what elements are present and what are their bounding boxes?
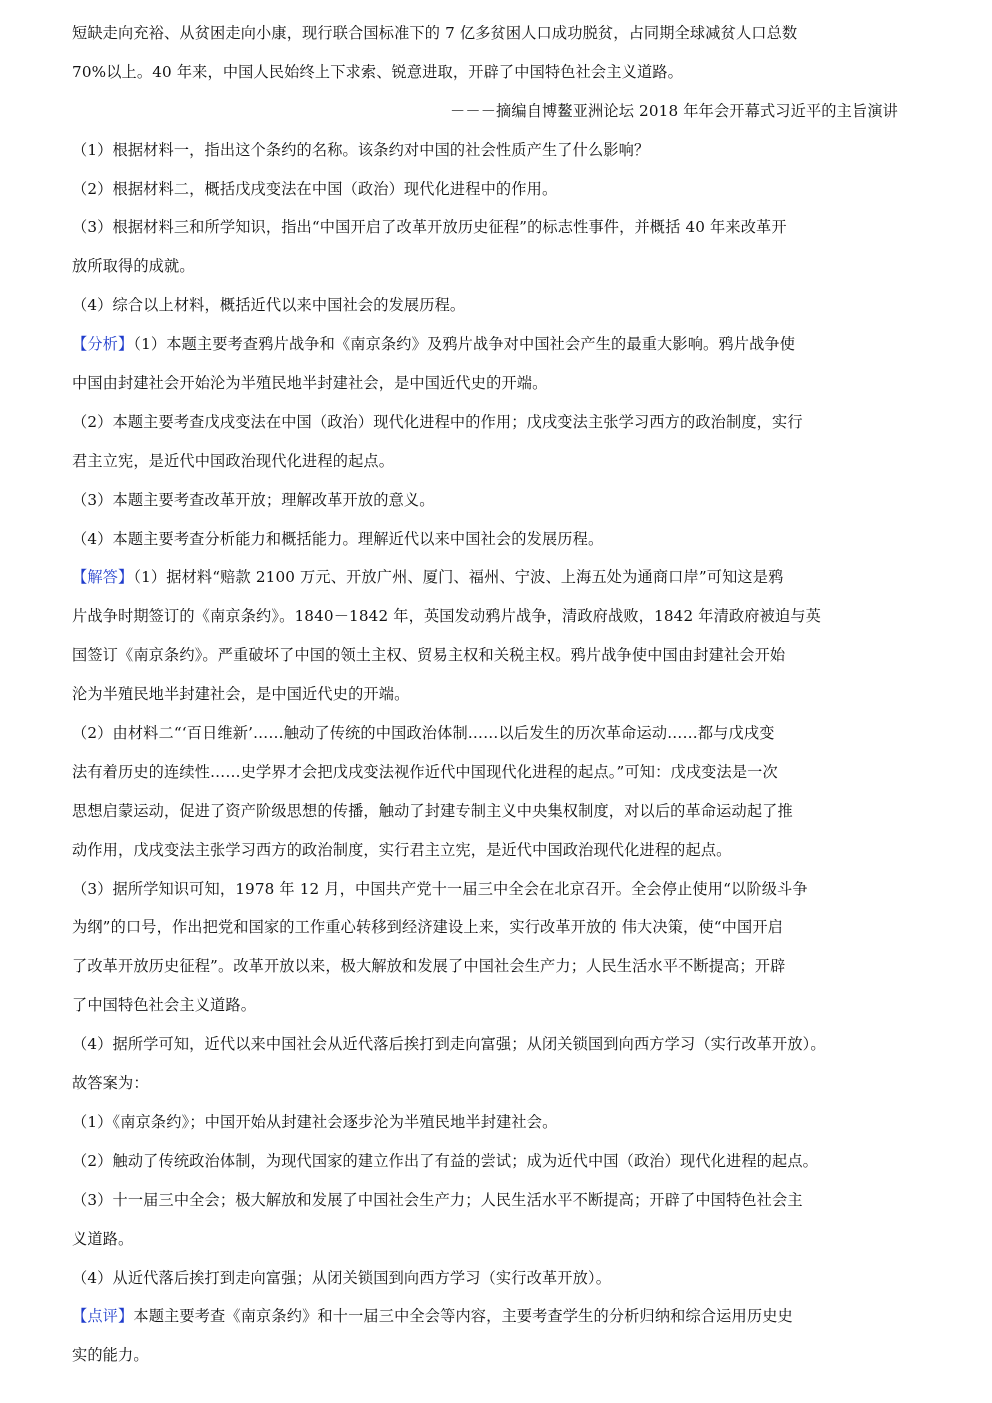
conclusion-intro: 故答案为： <box>72 1064 898 1103</box>
document-page: 短缺走向充裕、从贫困走向小康，现行联合国标准下的 7 亿多贫困人口成功脱贫，占同… <box>72 14 898 1375</box>
final-answer-3-cont: 义道路。 <box>72 1220 898 1259</box>
comment: 【点评】本题主要考查《南京条约》和十一届三中全会等内容，主要考查学生的分析归纳和… <box>72 1297 898 1336</box>
question-1: （1）根据材料一，指出这个条约的名称。该条约对中国的社会性质产生了什么影响？ <box>72 131 898 170</box>
final-answer-1: （1）《南京条约》；中国开始从封建社会逐步沦为半殖民地半封建社会。 <box>72 1103 898 1142</box>
material-line: 70%以上。40 年来，中国人民始终上下求索、锐意进取，开辟了中国特色社会主义道… <box>72 53 898 92</box>
analysis-1: 【分析】（1）本题主要考查鸦片战争和《南京条约》及鸦片战争对中国社会产生的最重大… <box>72 325 898 364</box>
material-line: 短缺走向充裕、从贫困走向小康，现行联合国标准下的 7 亿多贫困人口成功脱贫，占同… <box>72 14 898 53</box>
answer-label: 【解答】 <box>72 568 133 586</box>
question-4: （4）综合以上材料，概括近代以来中国社会的发展历程。 <box>72 286 898 325</box>
analysis-2: （2）本题主要考查戊戌变法在中国（政治）现代化进程中的作用；戊戌变法主张学习西方… <box>72 403 898 442</box>
answer-2-cont: 思想启蒙运动，促进了资产阶级思想的传播，触动了封建专制主义中央集权制度，对以后的… <box>72 792 898 831</box>
analysis-4: （4）本题主要考查分析能力和概括能力。理解近代以来中国社会的发展历程。 <box>72 520 898 559</box>
final-answer-2: （2）触动了传统政治体制，为现代国家的建立作出了有益的尝试；成为近代中国（政治）… <box>72 1142 898 1181</box>
source-citation: －－－摘编自博鳌亚洲论坛 2018 年年会开幕式习近平的主旨演讲 <box>72 92 898 131</box>
final-answer-4: （4）从近代落后挨打到走向富强；从闭关锁国到向西方学习（实行改革开放）。 <box>72 1259 898 1298</box>
answer-2-cont: 动作用，戊戌变法主张学习西方的政治制度，实行君主立宪，是近代中国政治现代化进程的… <box>72 831 898 870</box>
answer-3-cont: 为纲”的口号，作出把党和国家的工作重心转移到经济建设上来，实行改革开放的 伟大决… <box>72 908 898 947</box>
answer-3-cont: 了改革开放历史征程”。改革开放以来，极大解放和发展了中国社会生产力；人民生活水平… <box>72 947 898 986</box>
analysis-text: （1）本题主要考查鸦片战争和《南京条约》及鸦片战争对中国社会产生的最重大影响。鸦… <box>133 335 795 353</box>
analysis-1-cont: 中国由封建社会开始沦为半殖民地半封建社会，是中国近代史的开端。 <box>72 364 898 403</box>
question-3: （3）根据材料三和所学知识，指出“中国开启了改革开放历史征程”的标志性事件，并概… <box>72 208 898 247</box>
answer-1: 【解答】（1）据材料“赔款 2100 万元、开放广州、厦门、福州、宁波、上海五处… <box>72 558 898 597</box>
final-answer-3: （3）十一届三中全会；极大解放和发展了中国社会生产力；人民生活水平不断提高；开辟… <box>72 1181 898 1220</box>
analysis-label: 【分析】 <box>72 335 133 353</box>
answer-3-cont: 了中国特色社会主义道路。 <box>72 986 898 1025</box>
question-3-cont: 放所取得的成就。 <box>72 247 898 286</box>
comment-text: 本题主要考查《南京条约》和十一届三中全会等内容，主要考查学生的分析归纳和综合运用… <box>133 1307 793 1325</box>
answer-text: （1）据材料“赔款 2100 万元、开放广州、厦门、福州、宁波、上海五处为通商口… <box>133 568 783 586</box>
comment-label: 【点评】 <box>72 1307 133 1325</box>
answer-2: （2）由材料二“‘百日维新’……触动了传统的中国政治体制……以后发生的历次革命运… <box>72 714 898 753</box>
analysis-2-cont: 君主立宪，是近代中国政治现代化进程的起点。 <box>72 442 898 481</box>
answer-3: （3）据所学知识可知，1978 年 12 月，中国共产党十一届三中全会在北京召开… <box>72 870 898 909</box>
answer-1-cont: 片战争时期签订的《南京条约》。1840－1842 年，英国发动鸦片战争，清政府战… <box>72 597 898 636</box>
question-2: （2）根据材料二，概括戊戌变法在中国（政治）现代化进程中的作用。 <box>72 170 898 209</box>
comment-cont: 实的能力。 <box>72 1336 898 1375</box>
answer-4: （4）据所学可知，近代以来中国社会从近代落后挨打到走向富强；从闭关锁国到向西方学… <box>72 1025 898 1064</box>
answer-1-cont: 国签订《南京条约》。严重破坏了中国的领土主权、贸易主权和关税主权。鸦片战争使中国… <box>72 636 898 675</box>
answer-2-cont: 法有着历史的连续性……史学界才会把戊戌变法视作近代中国现代化进程的起点。”可知：… <box>72 753 898 792</box>
analysis-3: （3）本题主要考查改革开放；理解改革开放的意义。 <box>72 481 898 520</box>
answer-1-cont: 沦为半殖民地半封建社会，是中国近代史的开端。 <box>72 675 898 714</box>
